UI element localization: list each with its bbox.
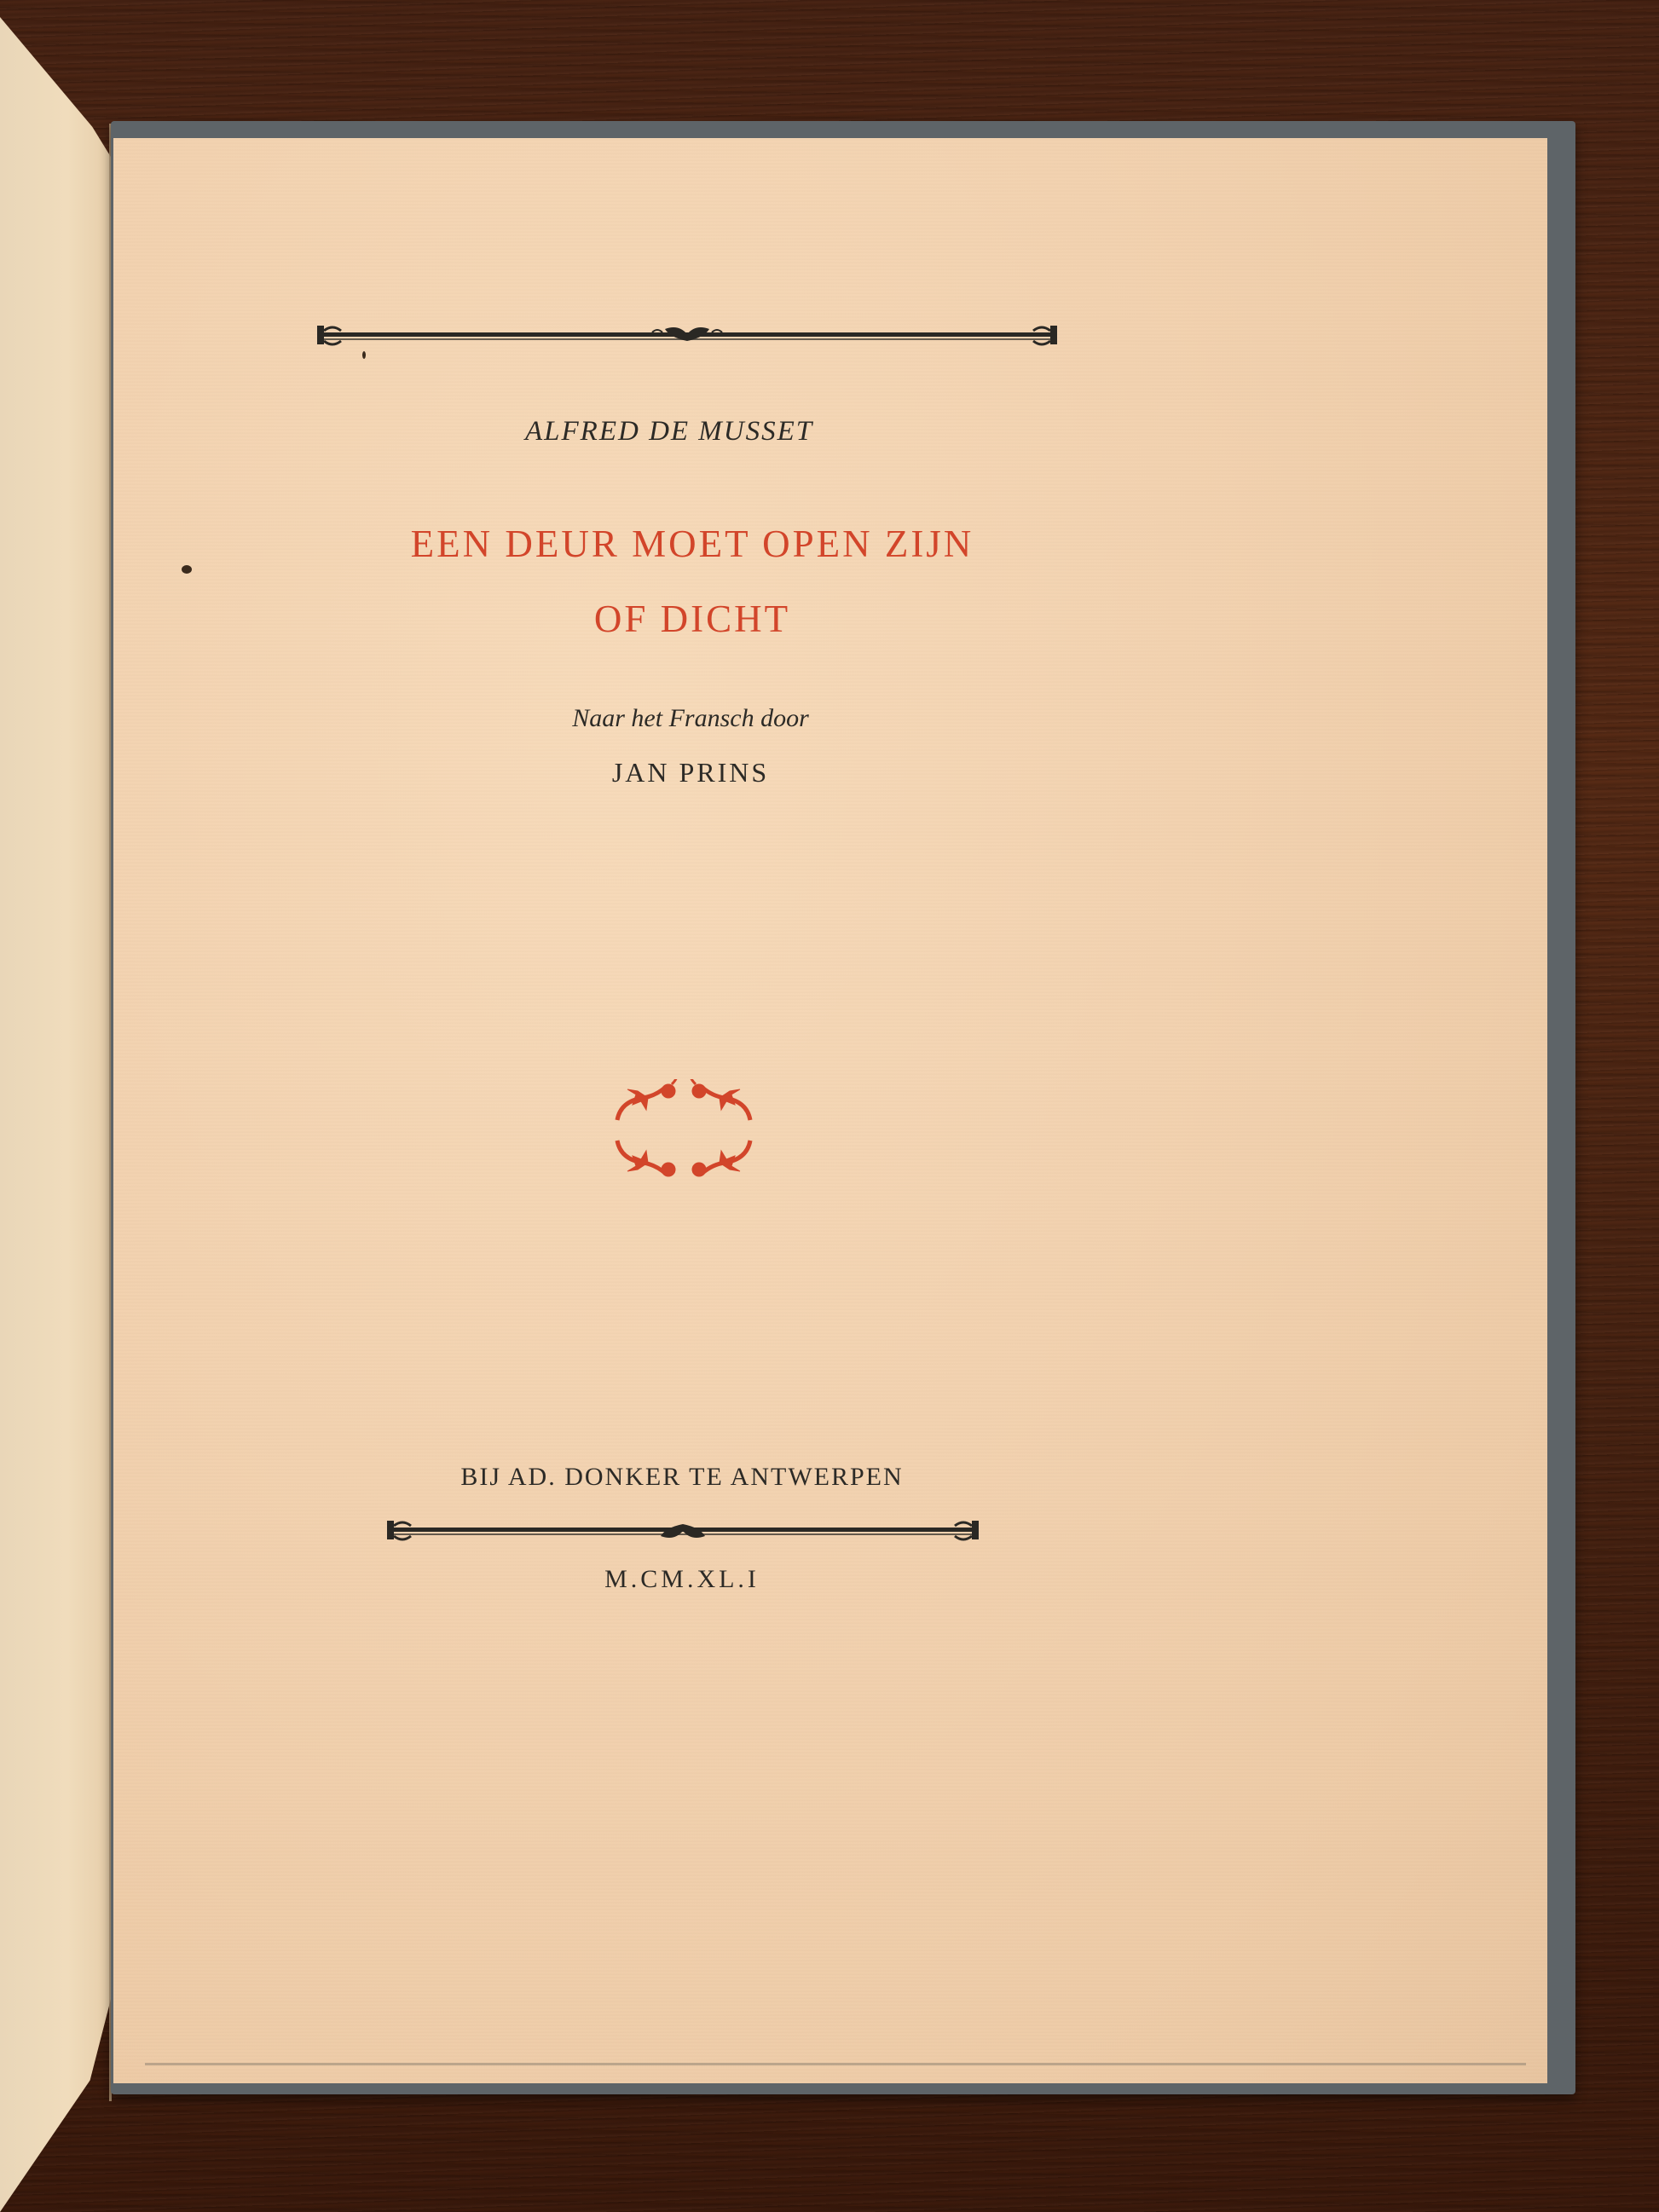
publication-year: M.CM.XL.I	[546, 1565, 818, 1594]
deckle-edge	[145, 2063, 1526, 2065]
translator-credit-label: Naar het Fransch door	[546, 704, 835, 733]
left-facing-page	[0, 17, 113, 2212]
book-title-line-1: EEN DEUR MOET OPEN ZIJN	[368, 522, 1016, 566]
top-ornament-rule-icon	[315, 322, 1059, 348]
author-name: ALFRED DE MUSSET	[113, 416, 1659, 448]
paper-speck	[182, 565, 192, 574]
bottom-ornament-rule-icon	[385, 1517, 980, 1543]
paper-speck	[362, 351, 366, 359]
translator-name: JAN PRINS	[546, 757, 835, 788]
floral-vignette-icon	[610, 1079, 757, 1181]
book-title-line-2: OF DICHT	[368, 597, 1016, 641]
publisher-imprint: BIJ AD. DONKER TE ANTWERPEN	[418, 1463, 946, 1492]
